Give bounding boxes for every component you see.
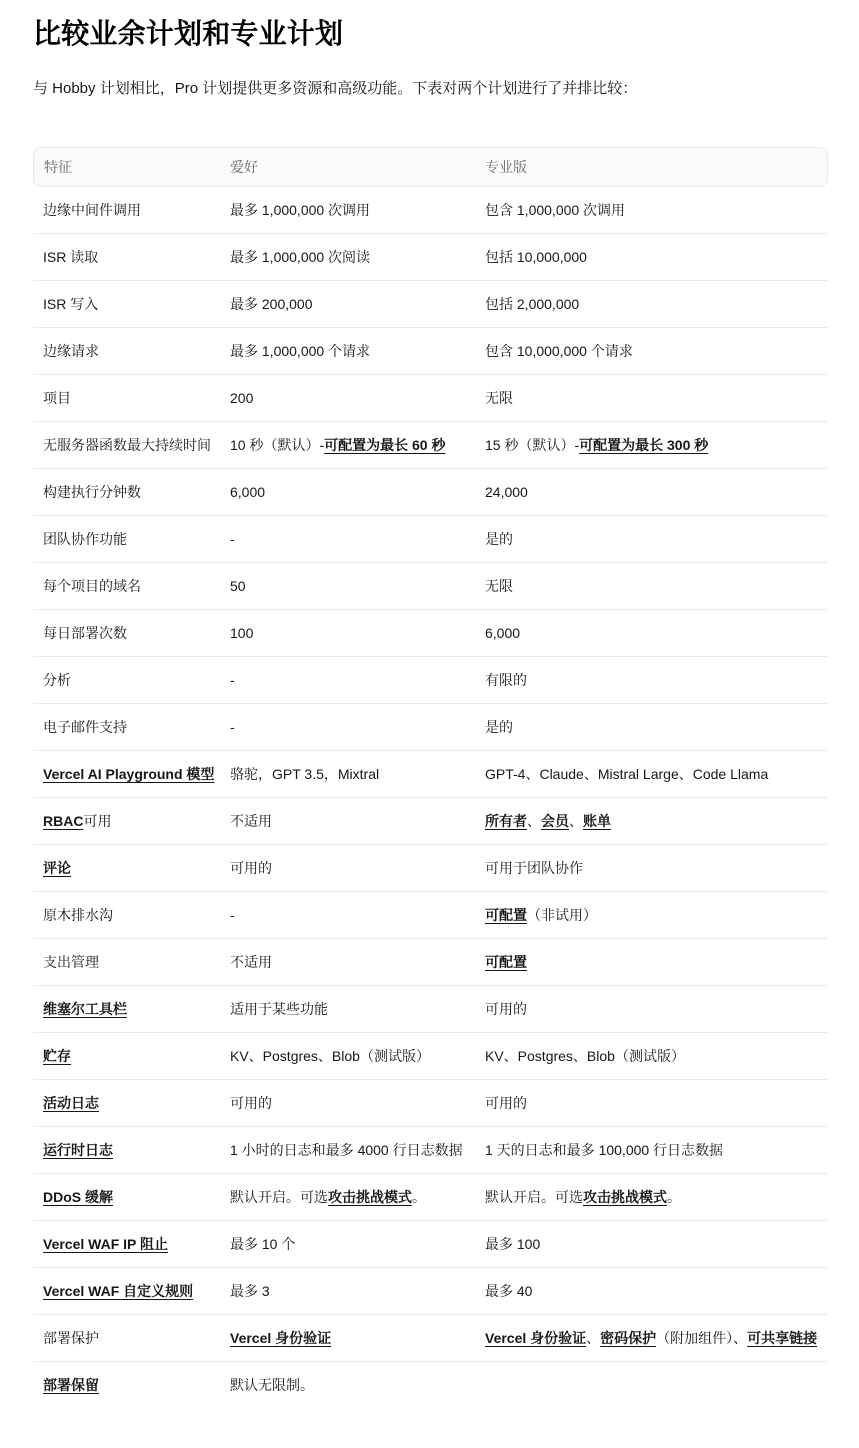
pro-cell: 是的 bbox=[475, 516, 828, 563]
pro-cell: GPT-4、Claude、Mistral Large、Code Llama bbox=[475, 751, 828, 798]
plan-comparison-page: 比较业余计划和专业计划 与 Hobby 计划相比，Pro 计划提供更多资源和高级… bbox=[0, 0, 859, 1448]
pro-cell: 所有者、会员、账单 bbox=[475, 798, 828, 845]
table-link[interactable]: 评论 bbox=[43, 860, 71, 876]
table-text: 包含 10,000,000 个请求 bbox=[485, 343, 633, 359]
table-link[interactable]: RBAC bbox=[43, 813, 83, 829]
hobby-cell: - bbox=[220, 657, 475, 704]
feature-cell: Vercel WAF IP 阻止 bbox=[33, 1221, 220, 1268]
table-text: 可用的 bbox=[230, 1095, 272, 1111]
table-row: ISR 写入最多 200,000包括 2,000,000 bbox=[33, 281, 828, 328]
table-text: （非试用） bbox=[527, 907, 597, 923]
table-text: - bbox=[230, 531, 235, 547]
table-link[interactable]: 可配置 bbox=[485, 907, 527, 923]
table-text: 100 bbox=[230, 625, 253, 641]
table-row: 贮存KV、Postgres、Blob（测试版）KV、Postgres、Blob（… bbox=[33, 1033, 828, 1080]
feature-cell: 电子邮件支持 bbox=[33, 704, 220, 751]
table-text: 10 秒（默认）- bbox=[230, 437, 324, 453]
hobby-cell: - bbox=[220, 516, 475, 563]
header-row: 特征 爱好 专业版 bbox=[33, 147, 828, 187]
pro-cell: 可配置 bbox=[475, 939, 828, 986]
pro-cell: 最多 40 bbox=[475, 1268, 828, 1315]
table-text: 是的 bbox=[485, 531, 513, 547]
table-text: 200 bbox=[230, 390, 253, 406]
feature-cell: 分析 bbox=[33, 657, 220, 704]
hobby-cell: 最多 3 bbox=[220, 1268, 475, 1315]
hobby-cell: 不适用 bbox=[220, 939, 475, 986]
table-header: 特征 爱好 专业版 bbox=[33, 147, 828, 187]
table-row: 构建执行分钟数6,00024,000 bbox=[33, 469, 828, 516]
table-row: 分析-有限的 bbox=[33, 657, 828, 704]
table-text: 是的 bbox=[485, 719, 513, 735]
feature-cell: 维塞尔工具栏 bbox=[33, 986, 220, 1033]
feature-cell: 每日部署次数 bbox=[33, 610, 220, 657]
table-link[interactable]: DDoS 缓解 bbox=[43, 1189, 113, 1205]
pro-cell bbox=[475, 1362, 828, 1408]
table-text: 24,000 bbox=[485, 484, 528, 500]
pro-cell: 无限 bbox=[475, 375, 828, 422]
hobby-cell: 1 小时的日志和最多 4000 行日志数据 bbox=[220, 1127, 475, 1174]
table-text: 无限 bbox=[485, 578, 513, 594]
table-text: 6,000 bbox=[230, 484, 265, 500]
table-row: 每日部署次数1006,000 bbox=[33, 610, 828, 657]
table-link[interactable]: 可配置为最长 60 秒 bbox=[324, 437, 445, 453]
table-text: 最多 1,000,000 次调用 bbox=[230, 202, 370, 218]
table-row: Vercel WAF 自定义规则最多 3最多 40 bbox=[33, 1268, 828, 1315]
feature-cell: 活动日志 bbox=[33, 1080, 220, 1127]
table-text: 项目 bbox=[43, 390, 71, 406]
pro-cell: 可用于团队协作 bbox=[475, 845, 828, 892]
feature-cell: ISR 写入 bbox=[33, 281, 220, 328]
table-text: ISR 写入 bbox=[43, 296, 98, 312]
table-text: 边缘请求 bbox=[43, 343, 99, 359]
table-row: ISR 读取最多 1,000,000 次阅读包括 10,000,000 bbox=[33, 234, 828, 281]
table-link[interactable]: Vercel 身份验证 bbox=[485, 1330, 586, 1346]
table-text: 1 天的日志和最多 100,000 行日志数据 bbox=[485, 1142, 723, 1158]
table-row: 边缘请求最多 1,000,000 个请求包含 10,000,000 个请求 bbox=[33, 328, 828, 375]
table-row: DDoS 缓解默认开启。可选攻击挑战模式。默认开启。可选攻击挑战模式。 bbox=[33, 1174, 828, 1221]
table-link[interactable]: Vercel 身份验证 bbox=[230, 1330, 331, 1346]
table-link[interactable]: 攻击挑战模式 bbox=[328, 1189, 412, 1205]
table-link[interactable]: 账单 bbox=[583, 813, 611, 829]
hobby-cell: 默认开启。可选攻击挑战模式。 bbox=[220, 1174, 475, 1221]
hobby-cell: 10 秒（默认）-可配置为最长 60 秒 bbox=[220, 422, 475, 469]
hobby-cell: - bbox=[220, 892, 475, 939]
feature-cell: 评论 bbox=[33, 845, 220, 892]
pro-cell: Vercel 身份验证、密码保护（附加组件）、可共享链接 bbox=[475, 1315, 828, 1362]
table-text: 、 bbox=[586, 1330, 600, 1346]
column-header-pro: 专业版 bbox=[475, 147, 828, 187]
pro-cell: 默认开启。可选攻击挑战模式。 bbox=[475, 1174, 828, 1221]
table-link[interactable]: 可配置为最长 300 秒 bbox=[579, 437, 708, 453]
table-text: 默认开启。可选 bbox=[485, 1189, 583, 1205]
feature-cell: 原木排水沟 bbox=[33, 892, 220, 939]
table-text: 不适用 bbox=[230, 954, 272, 970]
feature-cell: 无服务器函数最大持续时间 bbox=[33, 422, 220, 469]
table-text: 最多 10 个 bbox=[230, 1236, 295, 1252]
table-text: - bbox=[230, 719, 235, 735]
table-row: 无服务器函数最大持续时间10 秒（默认）-可配置为最长 60 秒15 秒（默认）… bbox=[33, 422, 828, 469]
table-text: 最多 1,000,000 次阅读 bbox=[230, 249, 370, 265]
table-text: KV、Postgres、Blob（测试版） bbox=[230, 1048, 430, 1064]
table-text: 最多 3 bbox=[230, 1283, 270, 1299]
table-link[interactable]: Vercel WAF IP 阻止 bbox=[43, 1236, 168, 1252]
hobby-cell: 最多 1,000,000 次阅读 bbox=[220, 234, 475, 281]
table-text: 50 bbox=[230, 578, 246, 594]
feature-cell: 支出管理 bbox=[33, 939, 220, 986]
feature-cell: Vercel WAF 自定义规则 bbox=[33, 1268, 220, 1315]
feature-cell: 部署保留 bbox=[33, 1362, 220, 1408]
table-text: 原木排水沟 bbox=[43, 907, 113, 923]
table-text: 6,000 bbox=[485, 625, 520, 641]
hobby-cell: KV、Postgres、Blob（测试版） bbox=[220, 1033, 475, 1080]
feature-cell: Vercel AI Playground 模型 bbox=[33, 751, 220, 798]
feature-cell: 项目 bbox=[33, 375, 220, 422]
feature-cell: RBAC可用 bbox=[33, 798, 220, 845]
pro-cell: 15 秒（默认）-可配置为最长 300 秒 bbox=[475, 422, 828, 469]
column-header-hobby: 爱好 bbox=[220, 147, 475, 187]
feature-cell: 运行时日志 bbox=[33, 1127, 220, 1174]
table-text: 1 小时的日志和最多 4000 行日志数据 bbox=[230, 1142, 463, 1158]
feature-cell: ISR 读取 bbox=[33, 234, 220, 281]
table-row: 评论可用的可用于团队协作 bbox=[33, 845, 828, 892]
table-row: 边缘中间件调用最多 1,000,000 次调用包含 1,000,000 次调用 bbox=[33, 187, 828, 234]
table-text: 。 bbox=[667, 1189, 681, 1205]
table-row: 项目200无限 bbox=[33, 375, 828, 422]
table-text: 最多 40 bbox=[485, 1283, 532, 1299]
feature-cell: 贮存 bbox=[33, 1033, 220, 1080]
table-text: 适用于某些功能 bbox=[230, 1001, 328, 1017]
pro-cell: 可用的 bbox=[475, 1080, 828, 1127]
feature-cell: 团队协作功能 bbox=[33, 516, 220, 563]
pro-cell: 可配置（非试用） bbox=[475, 892, 828, 939]
table-text: 、 bbox=[527, 813, 541, 829]
pro-cell: 包括 10,000,000 bbox=[475, 234, 828, 281]
hobby-cell: 最多 1,000,000 次调用 bbox=[220, 187, 475, 234]
table-link[interactable]: 运行时日志 bbox=[43, 1142, 113, 1158]
hobby-cell: 可用的 bbox=[220, 845, 475, 892]
hobby-cell: 最多 1,000,000 个请求 bbox=[220, 328, 475, 375]
pro-cell: 24,000 bbox=[475, 469, 828, 516]
table-link[interactable]: 可共享链接 bbox=[747, 1330, 817, 1346]
pro-cell: 是的 bbox=[475, 704, 828, 751]
table-text: 有限的 bbox=[485, 672, 527, 688]
table-text: - bbox=[230, 907, 235, 923]
table-row: RBAC可用不适用所有者、会员、账单 bbox=[33, 798, 828, 845]
table-link[interactable]: 所有者 bbox=[485, 813, 527, 829]
feature-cell: DDoS 缓解 bbox=[33, 1174, 220, 1221]
pro-cell: 无限 bbox=[475, 563, 828, 610]
table-text: 15 秒（默认）- bbox=[485, 437, 579, 453]
feature-cell: 每个项目的域名 bbox=[33, 563, 220, 610]
table-link[interactable]: Vercel AI Playground 模型 bbox=[43, 766, 214, 782]
table-body: 边缘中间件调用最多 1,000,000 次调用包含 1,000,000 次调用I… bbox=[33, 187, 828, 1408]
table-link[interactable]: 会员 bbox=[541, 813, 569, 829]
table-link[interactable]: 维塞尔工具栏 bbox=[43, 1001, 127, 1017]
pro-cell: 包含 1,000,000 次调用 bbox=[475, 187, 828, 234]
hobby-cell: 默认无限制。 bbox=[220, 1362, 475, 1408]
table-text: 每日部署次数 bbox=[43, 625, 127, 641]
table-text: 每个项目的域名 bbox=[43, 578, 141, 594]
hobby-cell: - bbox=[220, 704, 475, 751]
pro-cell: 有限的 bbox=[475, 657, 828, 704]
table-link[interactable]: 密码保护 bbox=[600, 1330, 656, 1346]
hobby-cell: 100 bbox=[220, 610, 475, 657]
table-text: 可用于团队协作 bbox=[485, 860, 583, 876]
table-text: 可用的 bbox=[230, 860, 272, 876]
hobby-cell: Vercel 身份验证 bbox=[220, 1315, 475, 1362]
feature-cell: 部署保护 bbox=[33, 1315, 220, 1362]
hobby-cell: 可用的 bbox=[220, 1080, 475, 1127]
table-row: 原木排水沟-可配置（非试用） bbox=[33, 892, 828, 939]
hobby-cell: 200 bbox=[220, 375, 475, 422]
table-text: 无服务器函数最大持续时间 bbox=[43, 437, 211, 453]
hobby-cell: 适用于某些功能 bbox=[220, 986, 475, 1033]
table-row: 运行时日志1 小时的日志和最多 4000 行日志数据1 天的日志和最多 100,… bbox=[33, 1127, 828, 1174]
table-text: 最多 1,000,000 个请求 bbox=[230, 343, 370, 359]
table-text: 包含 1,000,000 次调用 bbox=[485, 202, 625, 218]
hobby-cell: 最多 10 个 bbox=[220, 1221, 475, 1268]
table-text: - bbox=[230, 672, 235, 688]
table-row: 电子邮件支持-是的 bbox=[33, 704, 828, 751]
table-row: 团队协作功能-是的 bbox=[33, 516, 828, 563]
table-row: 活动日志可用的可用的 bbox=[33, 1080, 828, 1127]
table-text: GPT-4、Claude、Mistral Large、Code Llama bbox=[485, 766, 768, 782]
table-text: 可用的 bbox=[485, 1001, 527, 1017]
table-text: KV、Postgres、Blob（测试版） bbox=[485, 1048, 685, 1064]
feature-cell: 构建执行分钟数 bbox=[33, 469, 220, 516]
table-text: 团队协作功能 bbox=[43, 531, 127, 547]
table-text: 可用 bbox=[83, 813, 111, 829]
table-text: 分析 bbox=[43, 672, 71, 688]
hobby-cell: 不适用 bbox=[220, 798, 475, 845]
table-text: 、 bbox=[569, 813, 583, 829]
pro-cell: 包含 10,000,000 个请求 bbox=[475, 328, 828, 375]
table-text: 最多 100 bbox=[485, 1236, 540, 1252]
table-text: 边缘中间件调用 bbox=[43, 202, 141, 218]
table-text: （附加组件）、 bbox=[656, 1330, 747, 1346]
table-link[interactable]: 部署保留 bbox=[43, 1377, 99, 1393]
table-text: 包括 2,000,000 bbox=[485, 296, 579, 312]
table-text: 包括 10,000,000 bbox=[485, 249, 587, 265]
table-row: 支出管理不适用可配置 bbox=[33, 939, 828, 986]
table-text: 无限 bbox=[485, 390, 513, 406]
table-link[interactable]: Vercel WAF 自定义规则 bbox=[43, 1283, 193, 1299]
table-row: 维塞尔工具栏适用于某些功能可用的 bbox=[33, 986, 828, 1033]
table-text: 骆驼，GPT 3.5，Mixtral bbox=[230, 766, 379, 782]
table-row: Vercel AI Playground 模型骆驼，GPT 3.5，Mixtra… bbox=[33, 751, 828, 798]
column-header-feature: 特征 bbox=[33, 147, 220, 187]
table-text: 支出管理 bbox=[43, 954, 99, 970]
pro-cell: KV、Postgres、Blob（测试版） bbox=[475, 1033, 828, 1080]
hobby-cell: 6,000 bbox=[220, 469, 475, 516]
pro-cell: 1 天的日志和最多 100,000 行日志数据 bbox=[475, 1127, 828, 1174]
feature-cell: 边缘中间件调用 bbox=[33, 187, 220, 234]
table-text: 默认开启。可选 bbox=[230, 1189, 328, 1205]
pro-cell: 6,000 bbox=[475, 610, 828, 657]
table-text: 。 bbox=[412, 1189, 426, 1205]
table-row: 部署保护Vercel 身份验证Vercel 身份验证、密码保护（附加组件）、可共… bbox=[33, 1315, 828, 1362]
table-text: 默认无限制。 bbox=[230, 1377, 314, 1393]
table-text: ISR 读取 bbox=[43, 249, 98, 265]
table-text: 电子邮件支持 bbox=[43, 719, 127, 735]
hobby-cell: 最多 200,000 bbox=[220, 281, 475, 328]
hobby-cell: 骆驼，GPT 3.5，Mixtral bbox=[220, 751, 475, 798]
table-row: 部署保留默认无限制。 bbox=[33, 1362, 828, 1408]
feature-cell: 边缘请求 bbox=[33, 328, 220, 375]
table-text: 可用的 bbox=[485, 1095, 527, 1111]
pro-cell: 可用的 bbox=[475, 986, 828, 1033]
intro-text: 与 Hobby 计划相比，Pro 计划提供更多资源和高级功能。下表对两个计划进行… bbox=[33, 78, 828, 100]
table-link[interactable]: 活动日志 bbox=[43, 1095, 99, 1111]
table-text: 最多 200,000 bbox=[230, 296, 313, 312]
page-title: 比较业余计划和专业计划 bbox=[33, 17, 828, 50]
table-text: 部署保护 bbox=[43, 1330, 99, 1346]
table-link[interactable]: 攻击挑战模式 bbox=[583, 1189, 667, 1205]
hobby-cell: 50 bbox=[220, 563, 475, 610]
table-text: 构建执行分钟数 bbox=[43, 484, 141, 500]
table-text: 不适用 bbox=[230, 813, 272, 829]
table-link[interactable]: 可配置 bbox=[485, 954, 527, 970]
table-row: Vercel WAF IP 阻止最多 10 个最多 100 bbox=[33, 1221, 828, 1268]
pro-cell: 包括 2,000,000 bbox=[475, 281, 828, 328]
table-row: 每个项目的域名50无限 bbox=[33, 563, 828, 610]
plan-comparison-table: 特征 爱好 专业版 边缘中间件调用最多 1,000,000 次调用包含 1,00… bbox=[33, 147, 828, 1408]
table-link[interactable]: 贮存 bbox=[43, 1048, 71, 1064]
pro-cell: 最多 100 bbox=[475, 1221, 828, 1268]
